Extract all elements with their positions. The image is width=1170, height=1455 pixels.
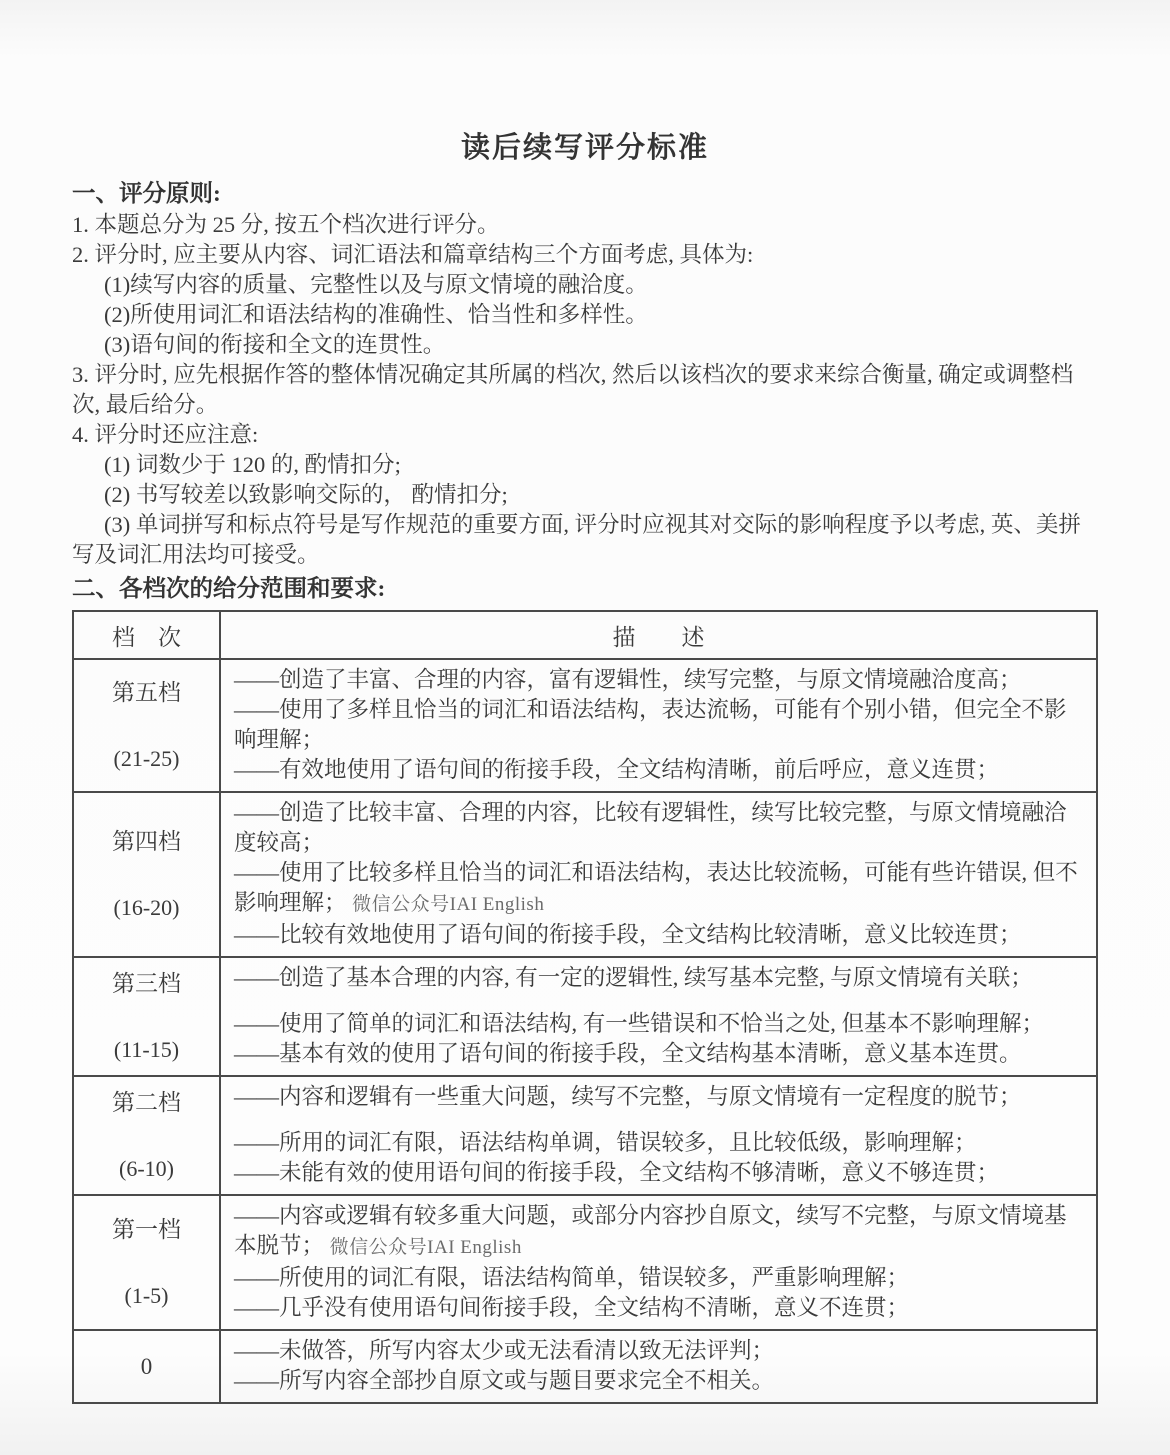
principle-item-4-sub-3: (3) 单词拼写和标点符号是写作规范的重要方面, 评分时应视其对交际的影响程度予… [72,510,1098,570]
desc-line: ——未能有效的使用语句间的衔接手段，全文结构不够清晰，意义不够连贯； [234,1158,1088,1188]
desc-cell: ——内容或逻辑有较多重大问题，或部分内容抄自原文，续写不完整，与原文情境基本脱节… [220,1195,1097,1330]
desc-line: ——所使用的词汇有限，语法结构简单，错误较多，严重影响理解； [234,1263,1088,1293]
col-header-description: 描 述 [220,611,1097,659]
principle-item-1: 1. 本题总分为 25 分, 按五个档次进行评分。 [72,210,1098,240]
desc-line: ——创造了比较丰富、合理的内容，比较有逻辑性，续写比较完整，与原文情境融洽度较高… [234,798,1088,858]
level-label: 第三档 [76,969,217,999]
desc-line: ——使用了简单的词汇和语法结构, 有一些错误和不恰当之处, 但基本不影响理解； [234,1009,1088,1039]
desc-line: ——比较有效地使用了语句间的衔接手段，全文结构比较清晰，意义比较连贯； [234,920,1088,950]
principle-item-3: 3. 评分时, 应先根据作答的整体情况确定其所属的档次, 然后以该档次的要求来综… [72,360,1098,420]
level-cell: 第四档 (16-20) [73,792,220,957]
table-row-band3: 第三档 (11-15) ——创造了基本合理的内容, 有一定的逻辑性, 续写基本完… [73,957,1097,1076]
score-range: (1-5) [76,1281,217,1311]
desc-cell: ——创造了基本合理的内容, 有一定的逻辑性, 续写基本完整, 与原文情境有关联；… [220,957,1097,1076]
table-header-row: 档 次 描 述 [73,611,1097,659]
level-cell: 第二档 (6-10) [73,1076,220,1195]
score-range: (11-15) [76,1035,217,1065]
scoring-table: 档 次 描 述 第五档 (21-25) ——创造了丰富、合理的内容，富有逻辑性，… [72,610,1098,1404]
table-row-band0: 0 ——未做答，所写内容太少或无法看清以致无法评判； ——所写内容全部抄自原文或… [73,1330,1097,1403]
principle-item-4-sub-1: (1) 词数少于 120 的, 酌情扣分; [72,450,1098,480]
section2-heading: 二、各档次的给分范围和要求: [72,572,1098,606]
desc-line: ——有效地使用了语句间的衔接手段，全文结构清晰，前后呼应，意义连贯； [234,755,1088,785]
watermark-text: 微信公众号IAI English [352,894,544,915]
desc-cell: ——创造了比较丰富、合理的内容，比较有逻辑性，续写比较完整，与原文情境融洽度较高… [220,792,1097,957]
principle-item-2-sub-1: (1)续写内容的质量、完整性以及与原文情境的融洽度。 [72,270,1098,300]
desc-line: ——创造了丰富、合理的内容，富有逻辑性，续写完整，与原文情境融洽度高； [234,665,1088,695]
level-label: 第五档 [76,678,217,708]
desc-line: ——内容或逻辑有较多重大问题，或部分内容抄自原文，续写不完整，与原文情境基本脱节… [234,1201,1088,1263]
score-range: (21-25) [76,744,217,774]
level-cell: 0 [73,1330,220,1403]
score-range: (16-20) [76,893,217,923]
desc-line: ——内容和逻辑有一些重大问题，续写不完整，与原文情境有一定程度的脱节； [234,1082,1088,1112]
watermark-text: 微信公众号IAI English [330,1237,522,1258]
principle-item-4-sub-2: (2) 书写较差以致影响交际的， 酌情扣分; [72,480,1098,510]
desc-cell: ——未做答，所写内容太少或无法看清以致无法评判； ——所写内容全部抄自原文或与题… [220,1330,1097,1403]
desc-line: ——几乎没有使用语句间衔接手段，全文结构不清晰，意义不连贯； [234,1293,1088,1323]
desc-cell: ——内容和逻辑有一些重大问题，续写不完整，与原文情境有一定程度的脱节； ——所用… [220,1076,1097,1195]
desc-line: ——使用了比较多样且恰当的词汇和语法结构，表达比较流畅，可能有些许错误, 但不影… [234,858,1088,920]
desc-line: ——所用的词汇有限，语法结构单调，错误较多，且比较低级，影响理解； [234,1128,1088,1158]
table-row-band5: 第五档 (21-25) ——创造了丰富、合理的内容，富有逻辑性，续写完整，与原文… [73,659,1097,792]
table-row-band2: 第二档 (6-10) ——内容和逻辑有一些重大问题，续写不完整，与原文情境有一定… [73,1076,1097,1195]
principle-item-2-sub-3: (3)语句间的衔接和全文的连贯性。 [72,330,1098,360]
level-cell: 第一档 (1-5) [73,1195,220,1330]
level-label: 第一档 [76,1215,217,1245]
level-label: 第四档 [76,827,217,857]
section1-heading: 一、评分原则: [72,178,1098,210]
level-label: 0 [76,1352,217,1382]
col-header-level: 档 次 [73,611,220,659]
desc-cell: ——创造了丰富、合理的内容，富有逻辑性，续写完整，与原文情境融洽度高； ——使用… [220,659,1097,792]
level-cell: 第三档 (11-15) [73,957,220,1076]
table-row-band4: 第四档 (16-20) ——创造了比较丰富、合理的内容，比较有逻辑性，续写比较完… [73,792,1097,957]
principle-item-2-sub-2: (2)所使用词汇和语法结构的准确性、恰当性和多样性。 [72,300,1098,330]
desc-line: ——使用了多样且恰当的词汇和语法结构，表达流畅，可能有个别小错，但完全不影响理解… [234,695,1088,755]
desc-line: ——基本有效的使用了语句间的衔接手段，全文结构基本清晰，意义基本连贯。 [234,1039,1088,1069]
document-page: 读后续写评分标准 一、评分原则: 1. 本题总分为 25 分, 按五个档次进行评… [0,0,1170,1404]
desc-line: ——创造了基本合理的内容, 有一定的逻辑性, 续写基本完整, 与原文情境有关联； [234,963,1088,993]
principle-item-4: 4. 评分时还应注意: [72,420,1098,450]
level-cell: 第五档 (21-25) [73,659,220,792]
score-range: (6-10) [76,1154,217,1184]
principle-item-2: 2. 评分时, 应主要从内容、词汇语法和篇章结构三个方面考虑, 具体为: [72,240,1098,270]
desc-line: ——所写内容全部抄自原文或与题目要求完全不相关。 [234,1366,1088,1396]
desc-line: ——未做答，所写内容太少或无法看清以致无法评判； [234,1336,1088,1366]
level-label: 第二档 [76,1088,217,1118]
table-row-band1: 第一档 (1-5) ——内容或逻辑有较多重大问题，或部分内容抄自原文，续写不完整… [73,1195,1097,1330]
page-title: 读后续写评分标准 [72,130,1098,166]
